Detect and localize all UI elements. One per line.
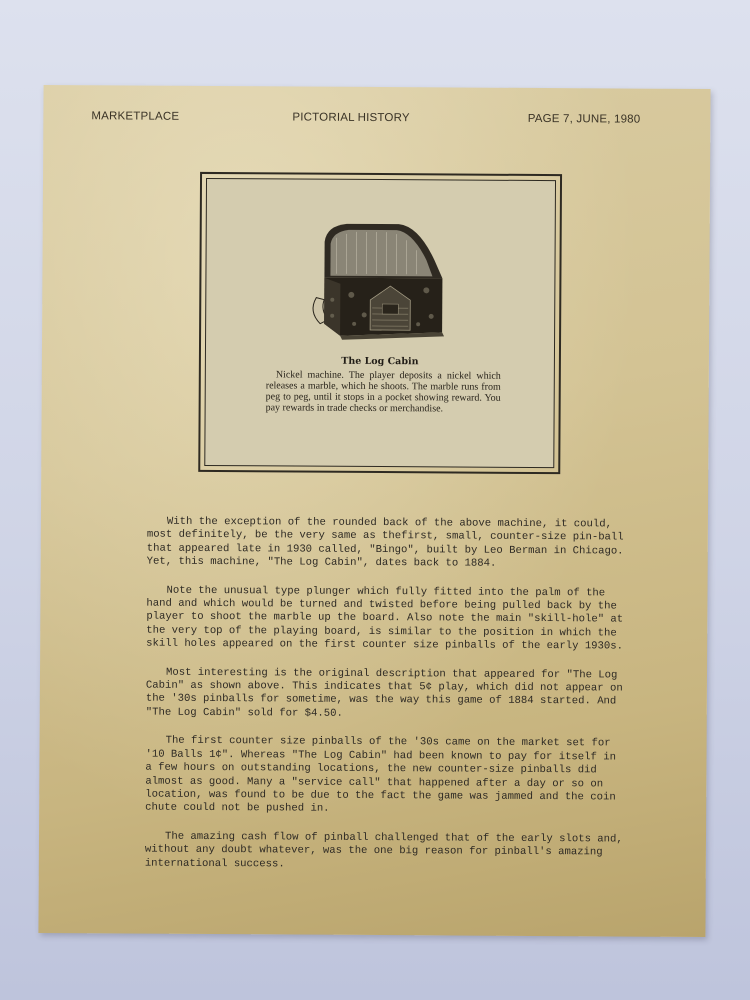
figure-title: The Log Cabin: [206, 355, 554, 368]
article-paragraph: The first counter size pinballs of the '…: [145, 735, 625, 818]
header-page-date: PAGE 7, JUNE, 1980: [528, 113, 641, 126]
article-body: With the exception of the rounded back o…: [145, 516, 627, 889]
header-publication: MARKETPLACE: [91, 110, 179, 123]
figure-inner-frame: The Log Cabin Nickel machine. The player…: [204, 178, 556, 468]
header-section: PICTORIAL HISTORY: [292, 111, 409, 124]
figure-caption: Nickel machine. The player deposits a ni…: [266, 369, 501, 414]
article-paragraph: The amazing cash flow of pinball challen…: [145, 830, 625, 873]
article-paragraph: Most interesting is the original descrip…: [146, 666, 626, 723]
page-header: MARKETPLACE PICTORIAL HISTORY PAGE 7, JU…: [91, 110, 640, 129]
log-cabin-machine-image: [306, 220, 453, 347]
figure-frame: The Log Cabin Nickel machine. The player…: [198, 172, 562, 474]
article-paragraph: Note the unusual type plunger which full…: [146, 584, 626, 654]
document-page: MARKETPLACE PICTORIAL HISTORY PAGE 7, JU…: [38, 85, 710, 937]
article-paragraph: With the exception of the rounded back o…: [147, 516, 627, 573]
